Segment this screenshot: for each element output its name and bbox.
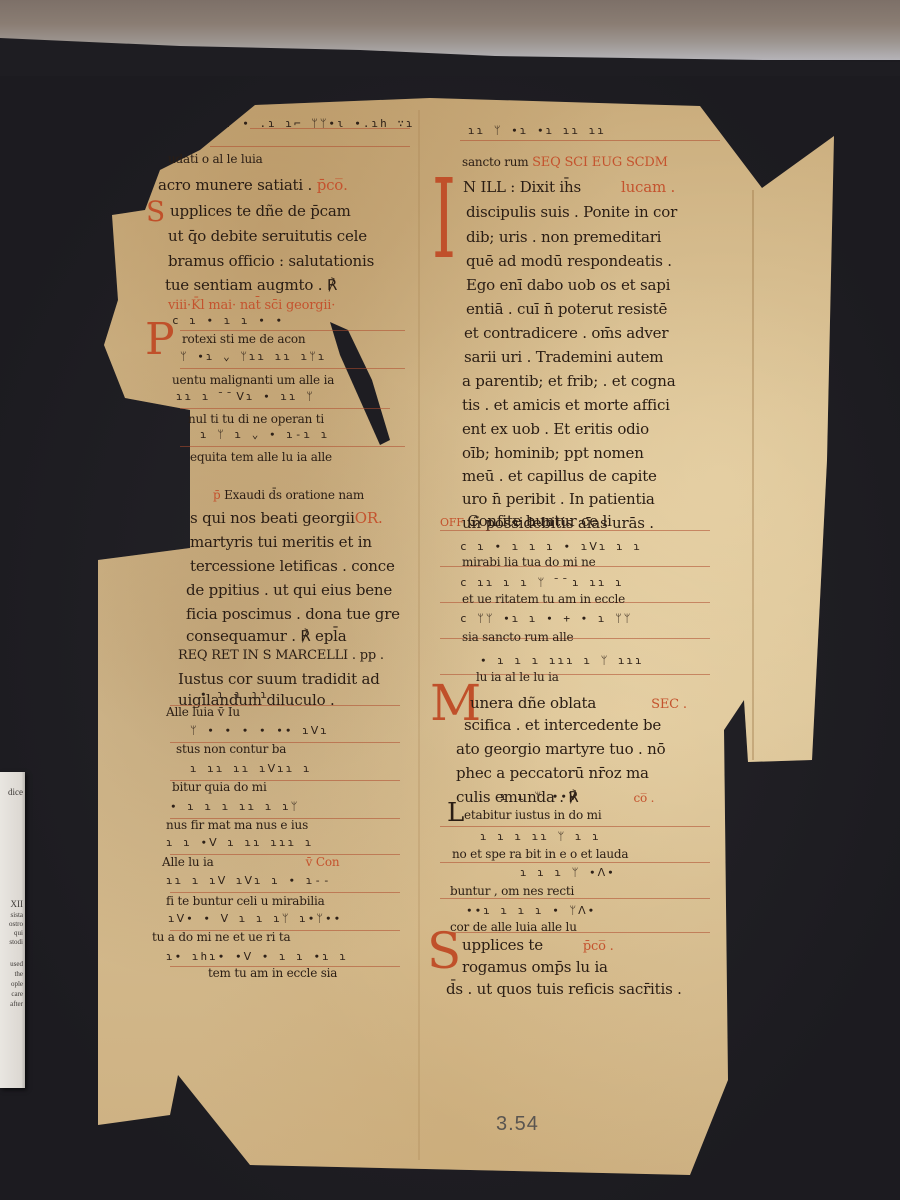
neume-staff: ɿᐯ∙ ∙ ᐯ ɿ ɿ ɿᛘ ɿ∙ᛘ∙∙ [168, 912, 342, 925]
chant-line: uentu malignanti um alle ia [172, 373, 334, 387]
text-line: ut q̄o debite seruitutis cele [168, 227, 367, 245]
text-line: quē ad modū respondeatis . [466, 252, 672, 270]
chant-line: Alle lu iav̄ Con [162, 855, 339, 869]
neume-staff: ɿɿ ᛘ ∙ɿ ∙ɿ ɿɿ ɿɿ [468, 124, 606, 137]
neume-staff: c ɿ ∙ ɿ ɿ ∙ ∙ [172, 314, 284, 327]
text-line: scifica . et intercedente be [464, 716, 661, 734]
chant-line: OFF Confite buntur ce li [440, 512, 612, 530]
text-line: tis . et amicis et morte affici [462, 396, 670, 414]
initial-letter: S [146, 198, 165, 226]
neume-staff: ∙ ɿ ɿ ɿɿ [200, 688, 269, 701]
text-line: tercessione letificas . conce [190, 557, 395, 575]
fold-crease [752, 190, 754, 760]
chant-line: et ue ritatem tu am in eccle [462, 592, 625, 606]
neume-staff: c ɿ ∙ ɿ ɿ ɿ ∙ ɿᐯɿ ɿ ɿ [460, 540, 642, 553]
text-line: acro munere satiati . p̄co̅. [158, 176, 348, 194]
initial-letter: L [447, 800, 464, 826]
rubric-line: viii·K̄l mai· nat̄ sc̄i georgii· [168, 298, 335, 313]
neume-staff: ɿ∙ ɿhɿ∙ ∙ᐯ ∙ ɿ ɿ ∙ɿ ɿ [166, 950, 348, 963]
neume-staff: ∙ ɿ ɿ ɿ ɿɿ ɿ ɿᛘ [170, 800, 299, 813]
chant-line: cor de alle luia alle lu [450, 920, 577, 934]
text-line: upplices te dñe de p̄cam [170, 202, 351, 220]
neume-staff: ᛘ ∙ ∙ ∙ ∙ ∙∙ ɿᐯɿ [190, 724, 329, 737]
initial-letter: I [432, 164, 456, 274]
rubric: lucam . [621, 178, 675, 196]
manuscript-fragment: . ∙ .ɿ ɿ⌐ ᛘᛘ∙ɩ ∙.ɿh ∵ɿ udati o al le lui… [0, 0, 900, 1200]
rubric: p̄co̅. [317, 176, 348, 194]
neume-staff: ∙ ɿ ɿ ɿ ɿɿɿ ɿ ᛘ ɿɿɿ [480, 654, 644, 667]
chant-line: fi te buntur celi u mirabilia [166, 894, 325, 908]
text-line: phec a peccatorū nr̄oz ma [456, 764, 649, 782]
neume-staff: c ɿɿ ɿ ɿ ᛘ ̄ ̄ ɿ ɿɿ ɿ [460, 576, 624, 589]
initial-letter: P [145, 318, 175, 362]
gutter-crease [418, 110, 420, 1160]
neume-staff: c ᛘᛘ ∙ɿ ɿ ∙ + ∙ ɿ ᛘᛘ [460, 612, 632, 625]
neume-staff: ɿ ɿ ɿ ɿɿ ᛘ ɿ ɿ [480, 830, 601, 843]
rubric: SEC . [651, 697, 687, 712]
chant-line: sia sancto rum alle [462, 630, 573, 644]
rubric: OFF [440, 516, 464, 529]
chant-line: udati o al le luia [168, 152, 263, 166]
text-line: discipulis suis . Ponite in cor [466, 203, 677, 221]
text-line: sarii uri . Trademini autem [464, 348, 663, 366]
chant-line: nul ti tu di ne operan ti [188, 412, 324, 426]
text-line: oīb; hominib; ppt nomen [462, 444, 644, 462]
text-line: unera dñe oblataSEC . [470, 694, 687, 712]
chant-line: stus non contur ba [176, 742, 286, 756]
text-line: de ppitius . ut qui eius bene [186, 581, 392, 599]
text-line: s qui nos beati georgiiOR. [190, 509, 383, 527]
neume-staff: ɿɿ ɿ ɿᐯ ɿᐯɿ ɿ ∙ ɿ-- [166, 874, 332, 887]
text-line: ent ex uob . Et eritis odio [462, 420, 649, 438]
chant-line: buntur , om nes recti [450, 884, 574, 898]
rubric: OR. [355, 509, 383, 527]
text-line: rogamus omp̄s lu ia [462, 958, 608, 976]
neume-staff: ∙∙ɿ ɿ ɿ ɿ ∙ ᛘᐱ∙ [466, 904, 596, 917]
text-line: ficia poscimus . dona tue gre [186, 605, 400, 623]
response-mark: ℟ [327, 276, 337, 294]
text-line: d̄s . ut quos tuis reficis sacr̄itis . [446, 980, 682, 998]
text-line: a parentib; et frib; . et cogna [462, 372, 675, 390]
text-line: upplices tep̄co̅ . [462, 936, 614, 954]
text-line: bramus officio : salutationis [168, 252, 374, 270]
chant-line: etabitur iustus in do mi [464, 808, 601, 822]
neume-staff: ɿ ᛘ ɿ ⌄ ∙ ɿ-ɿ ɿ [200, 428, 329, 441]
neume-staff: . ∙ .ɿ ɿ⌐ ᛘᛘ∙ɩ ∙.ɿh ∵ɿ [225, 117, 415, 130]
rubric: SEQ SCI EUG SCDM [532, 155, 668, 170]
chant-line: nus fir mat ma nus e ius [166, 818, 308, 832]
rubric: p̄co̅ . [583, 939, 614, 954]
chant-line: lu ia al le lu ia [476, 670, 559, 684]
neume-staff: ɿɿ ɿ ̄ ̄ ᐯɿ ∙ ɿɿ ᛘ [176, 390, 315, 403]
rubric: v̄ Con [306, 855, 340, 869]
chant-line: bitur quia do mi [172, 780, 267, 794]
rubric: co̅ . [633, 791, 654, 805]
text-line: martyris tui meritis et in [190, 533, 372, 551]
chant-line: rotexi sti me de acon [182, 332, 305, 346]
chant-line: sancto rum SEQ SCI EUG SCDM [462, 155, 668, 170]
neume-staff: ɿ ɿ ∙ᐯ ɿ ɿɿ ɿɿɿ ɿ [166, 836, 314, 849]
neume-staff: ɿ ɿ ɿ ᛘ ∙ᐱ∙ [520, 866, 616, 879]
text-line: et contradicere . om̄s adver [464, 324, 668, 342]
chant-line: tem tu am in eccle sia [208, 966, 337, 980]
neume-staff: ᛘ ∙ɿ ⌄ ᛘɿɿ ɿɿ ɿᛘɿ [180, 350, 327, 363]
chant-line: no et spe ra bit in e o et lauda [452, 847, 628, 861]
text-line: entiā . cuī n̄ poterut resistē [466, 300, 667, 318]
text-line: N ILL : Dixit ih̄slucam . [463, 178, 675, 196]
neume-staff: ɿ ɿɿ ɿɿ ɿᐯɿɿ ɿ [190, 762, 312, 775]
text-line: uro n̄ peribit . In patientia [462, 490, 655, 508]
initial-letter: S [427, 926, 461, 976]
text-line: consequamur . ℟ epl̄a [186, 627, 346, 645]
text-line: Iustus cor suum tradidit ad [178, 670, 380, 688]
text-line: meū . et capillus de capite [462, 467, 657, 485]
text-line: tue sentiam augmto . ℟ [165, 276, 337, 294]
chant-line: Alle luia v̄ Iu [166, 705, 240, 719]
text-line: Ego enī dabo uob os et sapi [466, 276, 670, 294]
text-line: ato georgio martyre tuo . nō [456, 740, 665, 758]
text-line: dib; uris . non premeditari [466, 228, 661, 246]
chant-line: mirabi lia tua do mi ne [462, 555, 596, 569]
chant-line: equita tem alle lu ia alle [190, 450, 332, 464]
chant-line: tu a do mi ne et ue ri ta [152, 930, 290, 944]
text-line: REQ RET IN S MARCELLI . pp . [178, 648, 384, 663]
shelfmark-number: 3.54 [496, 1113, 539, 1136]
neume-staff: ɿ ɿ ᛘ ∙∙ᐯ [500, 790, 578, 803]
text-line: p̄ Exaudi d̄s oratione nam [213, 488, 364, 502]
